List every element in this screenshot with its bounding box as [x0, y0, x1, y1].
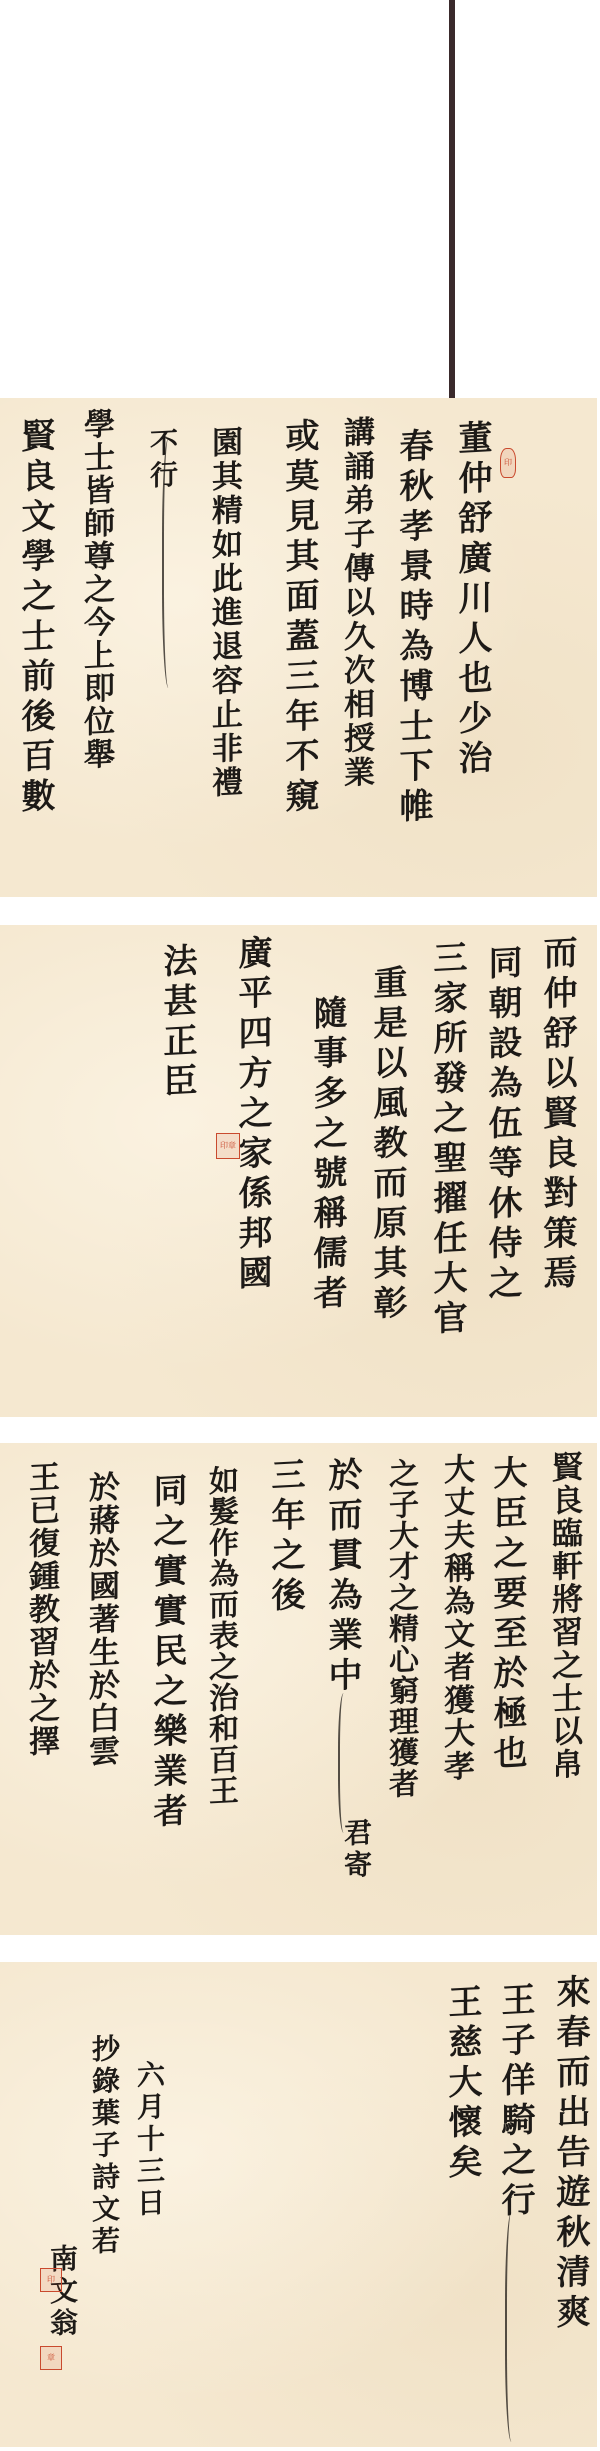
date-inscription: 六月十三日 — [135, 2059, 163, 2220]
seal-stamp: 印 — [500, 448, 516, 478]
calligraphy-column: 王已復鍾教習於之擇 — [25, 1460, 56, 1759]
calligraphy-column: 來春而出告遊秋清爽 — [553, 1973, 587, 2335]
ink-trailing-stroke — [505, 2212, 521, 2442]
calligraphy-column: 同朝設為伍等休侍之 — [485, 944, 519, 1306]
calligraphy-column: 三年之後 — [268, 1456, 302, 1618]
calligraphy-column: 王子佯騎之行 — [498, 1981, 532, 2223]
calligraphy-column: 講誦弟子傳以久次相授業 — [340, 415, 371, 791]
calligraphy-column: 賢良文學之士前後百數 — [18, 417, 52, 819]
calligraphy-column: 賢良臨軒將習之士以帛 — [548, 1450, 579, 1782]
calligraphy-column: 園其精如此進退容止非禮 — [208, 425, 239, 801]
calligraphy-column: 而仲舒以賢良對策焉 — [540, 934, 574, 1296]
calligraphy-column: 之子大才之精心窮理獲者 — [385, 1457, 415, 1800]
artist-signature: 南文翁 — [48, 2243, 76, 2340]
scroll-roller-rod — [449, 0, 455, 398]
calligraphy-column: 法甚正臣 — [160, 942, 194, 1104]
calligraphy-column: 隨事多之號稱儒者 — [310, 994, 344, 1316]
calligraphy-column: 大臣之要至於極也 — [490, 1454, 524, 1776]
calligraphy-column: 學士皆師尊之今上即位舉 — [80, 407, 111, 772]
seal-stamp: 印章 — [216, 1133, 240, 1159]
calligraphy-column: 董仲舒廣川人也少治 — [455, 419, 489, 781]
calligraphy-column: 同之實實民之樂業者 — [150, 1472, 184, 1834]
calligraphy-column: 春秋孝景時為博士下帷 — [396, 427, 430, 829]
seal-stamp: 印 — [40, 2268, 62, 2292]
calligraphy-column: 三家所發之聖擢任大官 — [430, 939, 464, 1341]
calligraphy-column: 大丈夫稱為文者獲大孝 — [440, 1452, 471, 1784]
ink-trailing-stroke — [162, 438, 178, 688]
scroll-section-4: 來春而出告遊秋清爽 王子佯騎之行 王慈大懷矣 六月十三日 抄錄葉子詩文若 南文翁… — [0, 1962, 597, 2447]
calligraphy-column: 王慈大懷矣 — [445, 1983, 479, 2185]
calligraphy-column: 重是以風教而原其彰 — [370, 964, 404, 1326]
scroll-section-2: 而仲舒以賢良對策焉 同朝設為伍等休侍之 三家所發之聖擢任大官 重是以風教而原其彰… — [0, 925, 597, 1417]
ink-trailing-stroke — [338, 1693, 352, 1833]
calligraphy-column: 於而貫為業中 — [325, 1456, 359, 1698]
calligraphy-column: 廣平四方之家係邦國 — [235, 934, 269, 1296]
seal-stamp: 章 — [40, 2346, 62, 2370]
calligraphy-column: 君寄 — [342, 1817, 370, 1882]
calligraphy-column: 或莫見其面蓋三年不窺 — [282, 417, 316, 819]
scroll-section-3: 賢良臨軒將習之士以帛 大臣之要至於極也 大丈夫稱為文者獲大孝 之子大才之精心窮理… — [0, 1443, 597, 1935]
calligraphy-column: 於蔣於國著生於白雲 — [85, 1470, 116, 1769]
colophon-inscription: 抄錄葉子詩文若 — [90, 2033, 118, 2258]
scroll-section-1: 董仲舒廣川人也少治 印 春秋孝景時為博士下帷 講誦弟子傳以久次相授業 或莫見其面… — [0, 398, 597, 897]
calligraphy-column: 如髮作為而表之治和百王 — [205, 1464, 235, 1807]
